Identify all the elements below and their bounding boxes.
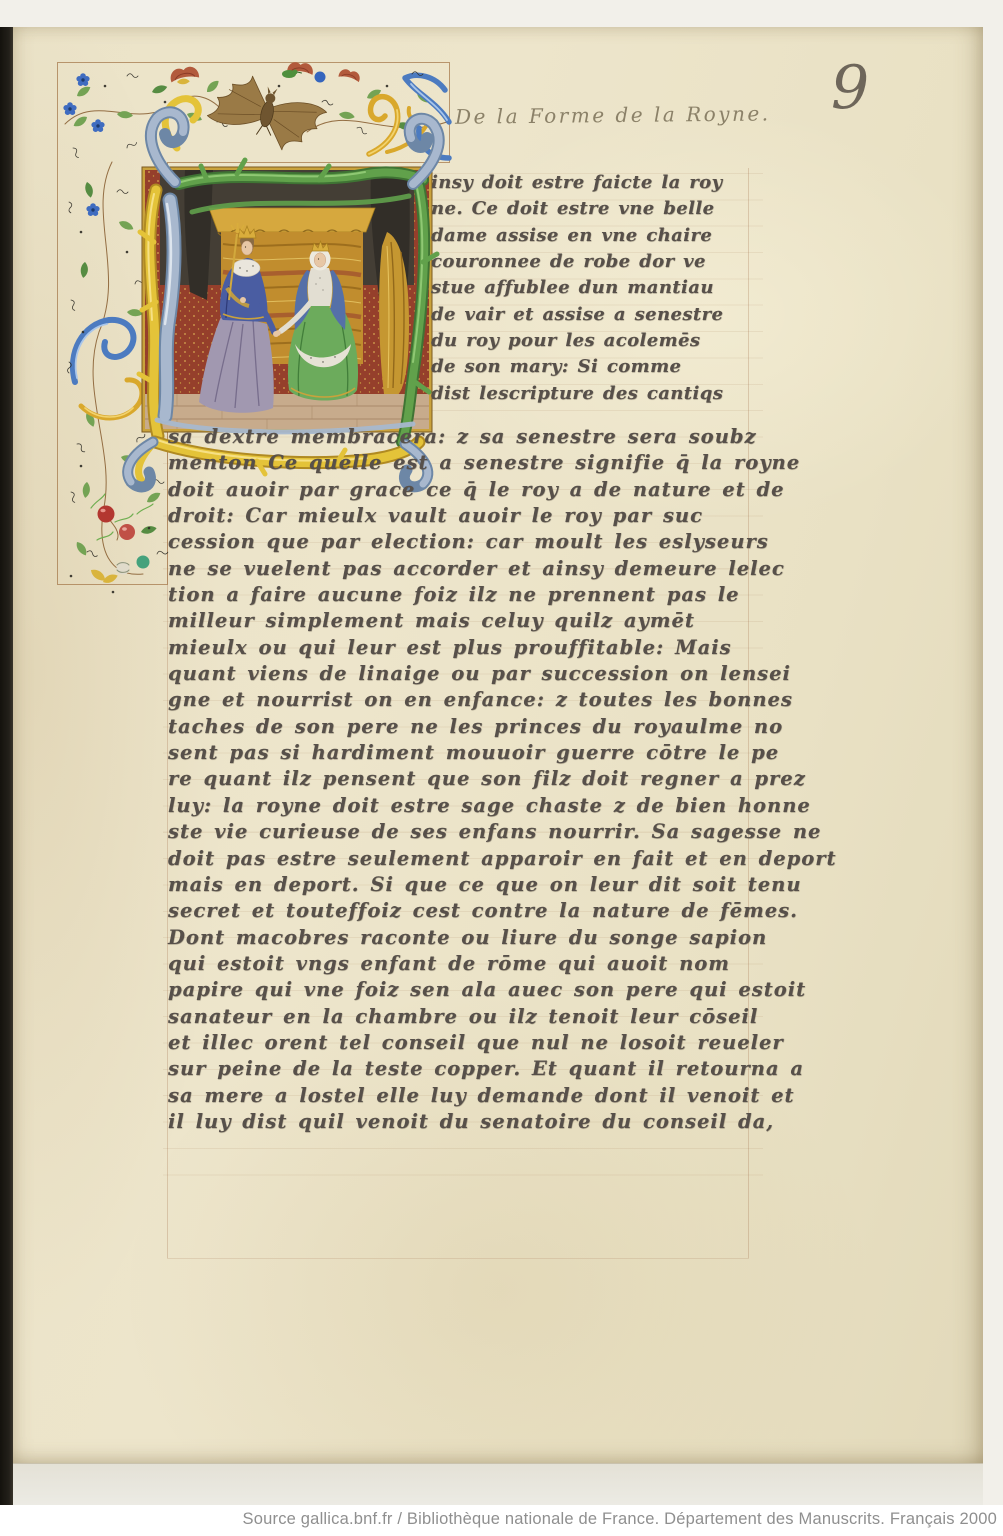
folio-number: 9: [831, 53, 869, 123]
text-line: mieulx ou qui leur est plus prouffitable…: [168, 635, 760, 661]
text-line: stue affublee dun mantiau: [431, 275, 761, 301]
manuscript-page: De la Forme de la Royne. 9: [13, 27, 983, 1464]
text-line: sa mere a lostel elle luy demande dont i…: [168, 1083, 760, 1109]
text-line: Dont macobres raconte ou liure du songe …: [168, 925, 760, 951]
footer-bar: Source gallica.bnf.fr / Bibliothèque nat…: [0, 1505, 1003, 1536]
text-line: quant viens de linaige ou par succession…: [168, 661, 760, 687]
source-attribution: Source gallica.bnf.fr / Bibliothèque nat…: [243, 1510, 997, 1529]
scan-edge-strip: [0, 27, 13, 1505]
text-line: ne se vuelent pas accorder et ainsy deme…: [168, 556, 760, 582]
text-line: menton Ce quelle est a senestre signifie…: [168, 450, 760, 476]
text-line: droit: Car mieulx vault auoir le roy par…: [168, 503, 760, 529]
chapter-title: De la Forme de la Royne.: [455, 101, 785, 128]
opening-text-block: insy doit estre faicte la royne. Ce doit…: [431, 170, 761, 407]
text-line: milleur simplement mais celuy quilz aymē…: [168, 608, 760, 634]
carnation-flowers: [169, 62, 361, 82]
text-line: doit pas estre seulement apparoir en fai…: [168, 846, 760, 872]
text-line: qui estoit vngs enfant de rōme qui auoit…: [168, 951, 760, 977]
bat-icon: [204, 69, 331, 158]
text-line: couronnee de robe dor ve: [431, 249, 761, 275]
ruling-horizontal-bottom: [167, 1258, 749, 1259]
text-line: ne. Ce doit estre vne belle: [431, 196, 761, 222]
text-line: du roy pour les acolemēs: [431, 328, 761, 354]
text-line: re quant ilz pensent que son filz doit r…: [168, 766, 760, 792]
text-line: et illec orent tel conseil que nul ne lo…: [168, 1030, 760, 1056]
text-line: papire qui vne foiz sen ala auec son per…: [168, 977, 760, 1003]
text-line: sent pas si hardiment mouuoir guerre cōt…: [168, 740, 760, 766]
text-line: dame assise en vne chaire: [431, 223, 761, 249]
text-line: cession que par election: car moult les …: [168, 529, 760, 555]
page-under-edge: [13, 1464, 983, 1505]
body-text-block: sa dextre membracera: z sa senestre sera…: [168, 424, 760, 1135]
text-line: taches de son pere ne les princes du roy…: [168, 714, 760, 740]
berries: [91, 494, 153, 575]
text-line: de vair et assise a senestre: [431, 302, 761, 328]
scan-background: De la Forme de la Royne. 9: [0, 0, 1003, 1536]
text-line: tion a faire aucune foiz ilz ne prennent…: [168, 582, 760, 608]
text-line: secret et touteffoiz cest contre la natu…: [168, 898, 760, 924]
miniature-king-and-queen: [142, 167, 432, 432]
text-line: sanateur en la chambre ou ilz tenoit leu…: [168, 1004, 760, 1030]
text-line: de son mary: Si comme: [431, 354, 761, 380]
text-line: luy: la royne doit estre sage chaste z d…: [168, 793, 760, 819]
text-line: il luy dist quil venoit du senatoire du …: [168, 1109, 760, 1135]
text-line: insy doit estre faicte la roy: [431, 170, 761, 196]
text-line: gne et nourrist on en enfance: z toutes …: [168, 687, 760, 713]
text-line: sa dextre membracera: z sa senestre sera…: [168, 424, 760, 450]
text-line: doit auoir par grace ce q̄ le roy a de n…: [168, 477, 760, 503]
text-line: dist lescripture des cantiqs: [431, 381, 761, 407]
acanthus-mid-left: [73, 320, 142, 418]
text-line: ste vie curieuse de ses enfans nourrir. …: [168, 819, 760, 845]
text-line: mais en deport. Si que ce que on leur di…: [168, 872, 760, 898]
text-line: sur peine de la teste copper. Et quant i…: [168, 1056, 760, 1082]
